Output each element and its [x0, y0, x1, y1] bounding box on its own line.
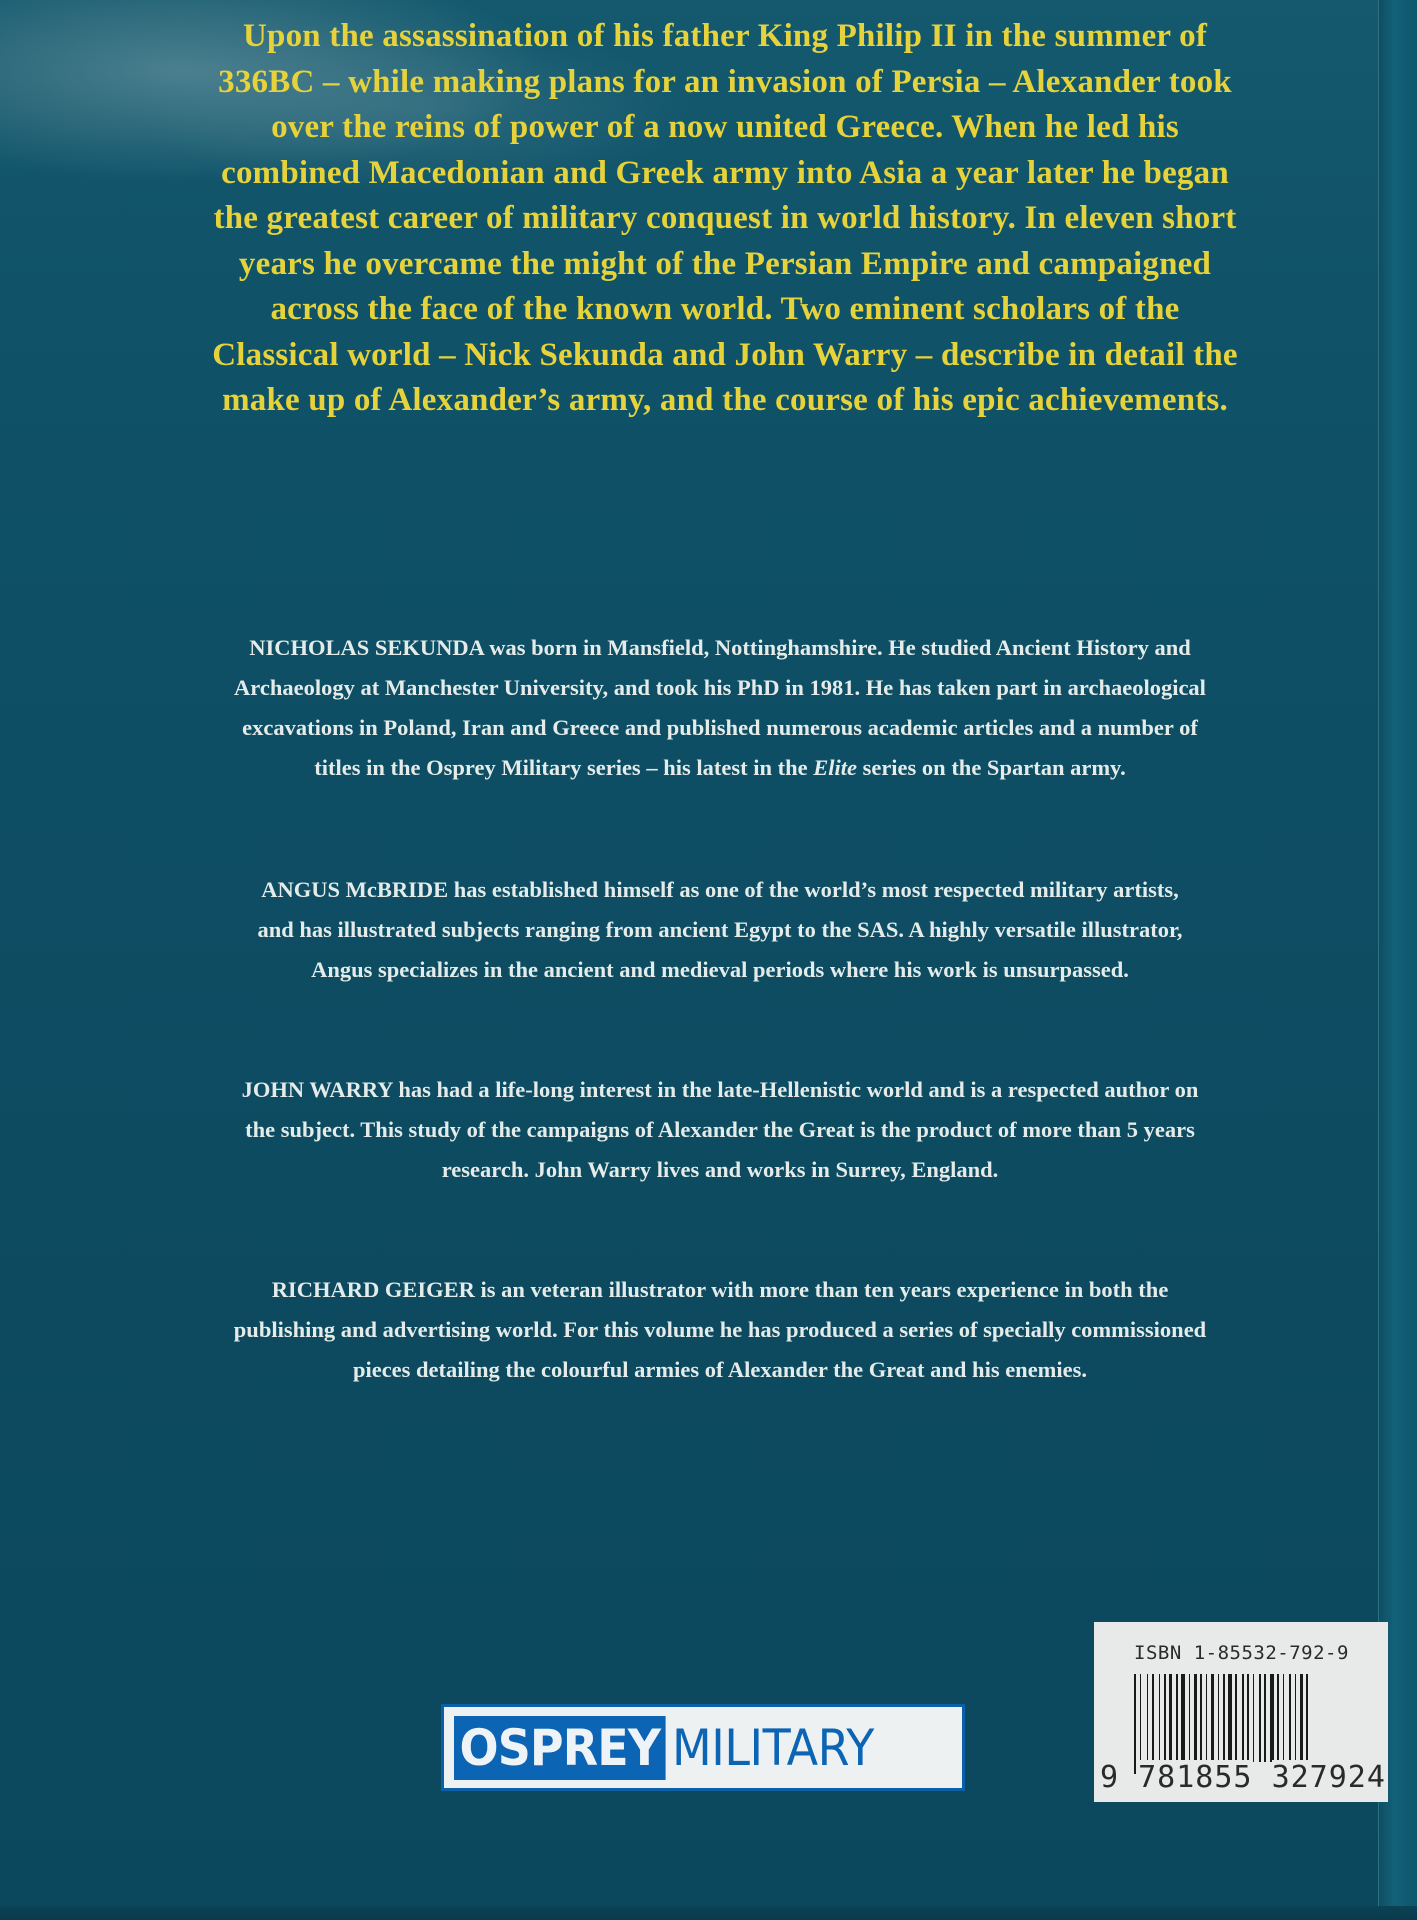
ean-group-1: 781855 — [1138, 1760, 1252, 1795]
ean-first-digit: 9 — [1100, 1760, 1119, 1795]
bio-text: titles in the Osprey Military series – h… — [314, 755, 813, 780]
bio-line: pieces detailing the colourful armies of… — [70, 1350, 1370, 1390]
osprey-military-logo: OSPREY MILITARY — [441, 1704, 965, 1791]
blurb-line: across the face of the known world. Two … — [80, 287, 1370, 333]
bio-line: research. John Warry lives and works in … — [70, 1150, 1370, 1190]
book-back-cover: Upon the assassination of his father Kin… — [0, 0, 1417, 1920]
bio-line: excavations in Poland, Iran and Greece a… — [70, 708, 1370, 748]
blurb-line: combined Macedonian and Greek army into … — [80, 151, 1370, 197]
isbn-barcode: ISBN 1-85532-792-9 9 781855 327924 — [1094, 1622, 1388, 1802]
blurb-line: Upon the assassination of his father Kin… — [80, 14, 1370, 60]
blurb-line: 336BC – while making plans for an invasi… — [80, 60, 1370, 106]
blurb-paragraph: Upon the assassination of his father Kin… — [80, 14, 1370, 424]
bio-angus-mcbride: ANGUS McBRIDE has established himself as… — [70, 870, 1370, 990]
bio-nicholas-sekunda: NICHOLAS SEKUNDA was born in Mansfield, … — [70, 628, 1370, 788]
blurb-line: Classical world – Nick Sekunda and John … — [80, 333, 1370, 379]
blurb-line: years he overcame the might of the Persi… — [80, 242, 1370, 288]
blurb-line: over the reins of power of a now united … — [80, 105, 1370, 151]
bio-line: Archaeology at Manchester University, an… — [70, 668, 1370, 708]
bio-text: series on the Spartan army. — [857, 755, 1126, 780]
series-title-elite: Elite — [813, 755, 857, 780]
bio-line: publishing and advertising world. For th… — [70, 1310, 1370, 1350]
logo-osprey-text: OSPREY — [454, 1716, 666, 1780]
bio-line: RICHARD GEIGER is an veteran illustrator… — [70, 1270, 1370, 1310]
bio-line: NICHOLAS SEKUNDA was born in Mansfield, … — [70, 628, 1370, 668]
blurb-line: the greatest career of military conquest… — [80, 196, 1370, 242]
bio-john-warry: JOHN WARRY has had a life-long interest … — [70, 1070, 1370, 1190]
bio-line: the subject. This study of the campaigns… — [70, 1110, 1370, 1150]
bio-line: Angus specializes in the ancient and med… — [70, 950, 1370, 990]
logo-military-text: MILITARY — [672, 1719, 874, 1777]
barcode-bars-icon — [1134, 1674, 1379, 1774]
bio-line: and has illustrated subjects ranging fro… — [70, 910, 1370, 950]
isbn-number: ISBN 1-85532-792-9 — [1134, 1642, 1349, 1664]
blurb-line: make up of Alexander’s army, and the cou… — [80, 378, 1370, 424]
bio-line: ANGUS McBRIDE has established himself as… — [70, 870, 1370, 910]
ean-number: 9 781855 327924 — [1100, 1760, 1386, 1795]
bio-richard-geiger: RICHARD GEIGER is an veteran illustrator… — [70, 1270, 1370, 1390]
ean-group-2: 327924 — [1272, 1760, 1386, 1795]
cover-bottom-edge — [0, 1906, 1417, 1920]
bio-line: titles in the Osprey Military series – h… — [70, 748, 1370, 788]
bio-line: JOHN WARRY has had a life-long interest … — [70, 1070, 1370, 1110]
